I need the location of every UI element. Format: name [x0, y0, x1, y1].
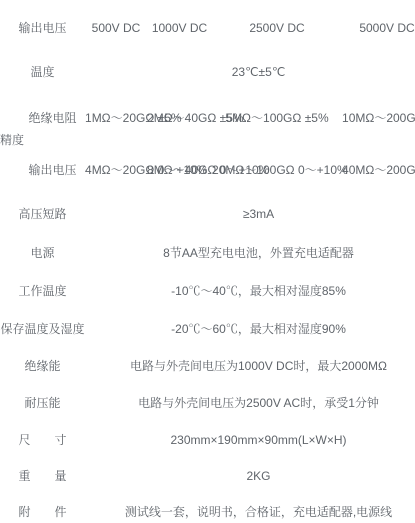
spec-value-cell: 1MΩ～20GΩ ±5% — [85, 88, 147, 148]
spec-value-cell: 8节AA型充电电池，外置充电适配器 — [85, 235, 415, 271]
row-accuracy-insulation-resistance: 精度 绝缘电阻 1MΩ～20GΩ ±5% 2MΩ～40GΩ ±5% 5MΩ～10… — [0, 88, 415, 148]
spec-value-cell: 2KG — [85, 458, 415, 494]
row-accuracy-output-voltage: 输出电压 4MΩ～20GΩ 0～+10% 8MΩ～40GΩ 0～+10% 20M… — [0, 148, 415, 193]
row-power: 电源 8节AA型充电电池，外置充电适配器 — [0, 235, 415, 271]
row-label: 保存温度及湿度 — [0, 311, 85, 347]
spec-value-cell: 电路与外壳间电压为2500V AC时，承受1分钟 — [85, 385, 415, 422]
row-label: 电源 — [0, 235, 85, 271]
spec-value-cell: 2MΩ～40GΩ ±5% — [147, 88, 212, 148]
row-label: 重 量 — [0, 458, 85, 494]
row-weight: 重 量 2KG — [0, 458, 415, 494]
spec-value-cell: 230mm×190mm×90mm(L×W×H) — [85, 422, 415, 458]
spec-value-cell: 5MΩ～100GΩ ±5% — [212, 88, 342, 148]
spec-value-cell: 电路与外壳间电压为1000V DC时，最大2000MΩ — [85, 347, 415, 385]
row-sublabel: 输出电压 — [20, 148, 85, 193]
row-label: 绝缘能 — [0, 347, 85, 385]
row-output-voltage: 输出电压 500V DC 1000V DC 2500V DC 5000V DC — [0, 0, 415, 56]
spec-value-cell: -20℃～60℃，最大相对湿度90% — [85, 311, 415, 347]
spec-value-cell: 2500V DC — [212, 0, 342, 56]
row-label: 尺 寸 — [0, 422, 85, 458]
row-accessories: 附 件 测试线一套，说明书，合格证，充电适配器,电源线 — [0, 494, 415, 523]
spec-value-cell: 500V DC — [85, 0, 147, 56]
spec-value-cell: 8MΩ～40GΩ 0～+10% — [147, 148, 212, 193]
row-label: 耐压能 — [0, 385, 85, 422]
row-temperature: 温度 23℃±5℃ — [0, 56, 415, 88]
spec-value-cell: 40MΩ～200GΩ 0～+10% — [342, 148, 415, 193]
row-sublabel: 绝缘电阻 — [20, 88, 85, 148]
row-withstand-voltage: 耐压能 电路与外壳间电压为2500V AC时，承受1分钟 — [0, 385, 415, 422]
spec-value-cell: 1000V DC — [147, 0, 212, 56]
spec-value-cell: ≥3mA — [85, 193, 415, 235]
row-label: 温度 — [0, 56, 85, 88]
spec-page: 输出电压 500V DC 1000V DC 2500V DC 5000V DC … — [0, 0, 415, 523]
row-insulation: 绝缘能 电路与外壳间电压为1000V DC时，最大2000MΩ — [0, 347, 415, 385]
row-storage-temp-humidity: 保存温度及湿度 -20℃～60℃，最大相对湿度90% — [0, 311, 415, 347]
accuracy-group-label: 精度 — [0, 88, 20, 193]
spec-value-cell: 5000V DC — [342, 0, 415, 56]
spec-value-cell: 4MΩ～20GΩ 0～+10% — [85, 148, 147, 193]
spec-value-cell: -10℃～40℃，最大相对湿度85% — [85, 271, 415, 311]
row-label: 输出电压 — [0, 0, 85, 56]
row-hv-short-circuit: 高压短路 ≥3mA — [0, 193, 415, 235]
spec-table: 输出电压 500V DC 1000V DC 2500V DC 5000V DC … — [0, 0, 415, 523]
spec-value-cell: 测试线一套，说明书，合格证，充电适配器,电源线 — [85, 494, 415, 523]
row-label: 高压短路 — [0, 193, 85, 235]
row-label: 附 件 — [0, 494, 85, 523]
row-label: 工作温度 — [0, 271, 85, 311]
row-operating-temperature: 工作温度 -10℃～40℃，最大相对湿度85% — [0, 271, 415, 311]
row-dimensions: 尺 寸 230mm×190mm×90mm(L×W×H) — [0, 422, 415, 458]
spec-value-cell: 20MΩ～100GΩ 0～+10% — [212, 148, 342, 193]
spec-value-cell: 23℃±5℃ — [85, 56, 415, 88]
spec-value-cell: 10MΩ～200GΩ ±5% — [342, 88, 415, 148]
